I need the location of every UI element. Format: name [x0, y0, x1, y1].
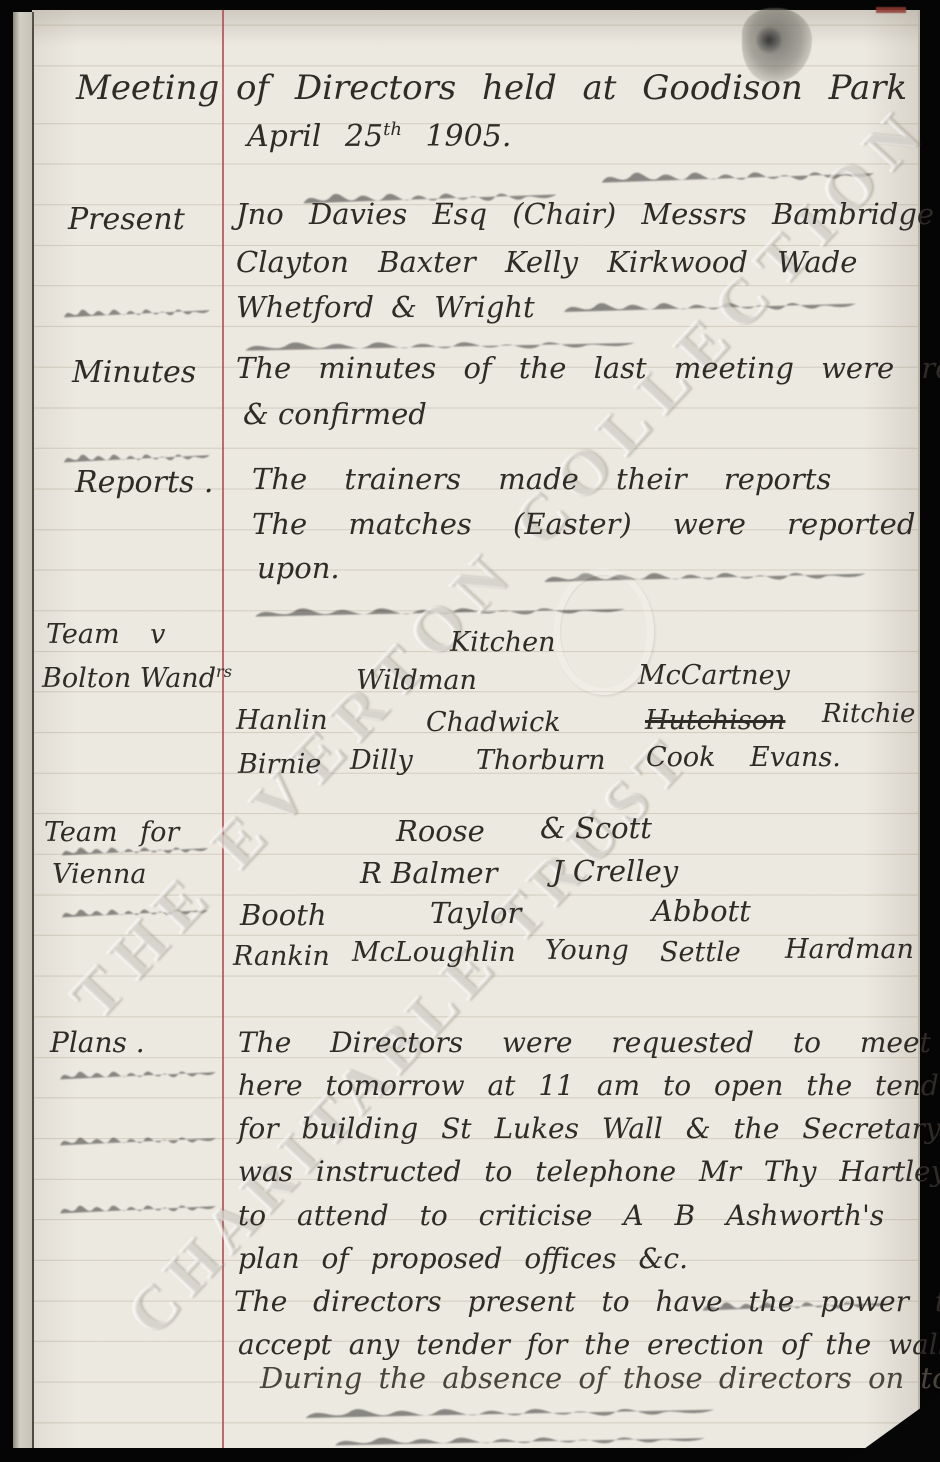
date-main: April 25	[247, 119, 383, 154]
player-name: & Scott	[540, 813, 652, 845]
plans-line-1: The Directors were requested to meet	[238, 1028, 931, 1059]
player-name: R Balmer	[360, 858, 497, 890]
present-line-1: Jno Davies Esq (Chair) Messrs Bambridge	[236, 199, 934, 231]
player-name: Abbott	[652, 896, 751, 928]
player-name: Dilly	[350, 746, 413, 776]
plans-line-7: The directors present to have the power …	[234, 1287, 940, 1318]
player-name: McCartney	[638, 661, 790, 691]
player-name: Kitchen	[450, 628, 556, 658]
bolton-label-superscript: rs	[216, 662, 232, 681]
header-date: April 25th 1905.	[247, 120, 511, 153]
reports-line-1: The trainers made their reports	[252, 464, 831, 496]
showthrough-ghost	[58, 1062, 218, 1088]
showthrough-ghost	[62, 300, 212, 326]
player-name: Cook	[646, 743, 716, 773]
plans-line-8: accept any tender for the erection of th…	[238, 1330, 940, 1361]
margin-heading-plans: Plans .	[50, 1028, 145, 1059]
minutes-line-1: The minutes of the last meeting were rea…	[236, 353, 940, 385]
player-name: Hanlin	[236, 706, 328, 736]
player-name: Chadwick	[426, 708, 561, 738]
ink-blot-core	[756, 26, 782, 54]
showthrough-ghost	[598, 160, 878, 194]
plans-line-4: was instructed to telephone Mr Thy Hartl…	[238, 1157, 940, 1188]
margin-heading-team-for: Team for	[44, 818, 179, 848]
minutes-line-2: & confirmed	[243, 399, 427, 431]
present-line-3: Whetford & Wright	[236, 292, 535, 324]
plans-line-5: to attend to criticise A B Ashworth's	[238, 1201, 884, 1232]
player-name: Wildman	[356, 666, 477, 696]
red-margin-rule	[222, 10, 224, 1448]
present-line-2: Clayton Baxter Kelly Kirkwood Wade	[236, 247, 857, 279]
player-name: Hardman	[785, 935, 914, 965]
date-year: 1905.	[402, 119, 511, 154]
reports-line-2: The matches (Easter) were reported	[252, 509, 915, 541]
showthrough-ghost	[330, 1428, 710, 1454]
date-superscript: th	[383, 119, 402, 140]
player-name: Young	[545, 936, 629, 966]
player-name: Thorburn	[476, 746, 606, 776]
margin-heading-bolton: Bolton Wandrs	[42, 663, 232, 694]
player-name: Birnie	[238, 750, 321, 780]
player-name: McLoughlin	[352, 938, 516, 968]
player-name: Roose	[396, 816, 485, 848]
header-line: of Directors held at Goodison Park	[236, 70, 907, 107]
margin-heading-team-v: Team v	[46, 620, 165, 650]
player-name-struck-out: Hutchison	[645, 706, 785, 736]
player-name: Ritchie	[822, 700, 915, 729]
showthrough-ghost	[58, 1128, 218, 1154]
showthrough-ghost	[60, 900, 210, 926]
reports-line-3: upon.	[257, 553, 340, 585]
plans-line-2: here tomorrow at 11 am to open the tende…	[238, 1071, 940, 1102]
book-binding-edge	[13, 12, 34, 1448]
red-corner-mark	[876, 7, 906, 13]
showthrough-ghost	[58, 1196, 218, 1222]
player-name: Booth	[240, 900, 327, 932]
scanned-minute-book-photo: THE EVERTON COLLECTION CHARITABLE TRUST …	[0, 0, 940, 1462]
plans-line-6: plan of proposed offices &c.	[238, 1244, 688, 1275]
closing-line: During the absence of those directors on…	[260, 1363, 940, 1395]
margin-heading-present: Present	[68, 203, 185, 236]
bolton-label: Bolton Wand	[42, 663, 216, 694]
plans-line-3: for building St Lukes Wall & the Secreta…	[238, 1114, 940, 1145]
player-name: J Crelley	[552, 856, 678, 888]
margin-heading-vienna: Vienna	[52, 860, 147, 890]
margin-heading-meeting: Meeting	[76, 70, 219, 107]
margin-heading-reports: Reports .	[75, 466, 213, 499]
player-name: Taylor	[430, 898, 521, 930]
player-name: Settle	[660, 938, 741, 968]
showthrough-ghost	[560, 292, 860, 322]
margin-heading-minutes: Minutes	[72, 356, 196, 389]
showthrough-ghost	[300, 1398, 720, 1428]
player-name: Rankin	[233, 942, 330, 972]
player-name: Evans.	[750, 743, 841, 773]
